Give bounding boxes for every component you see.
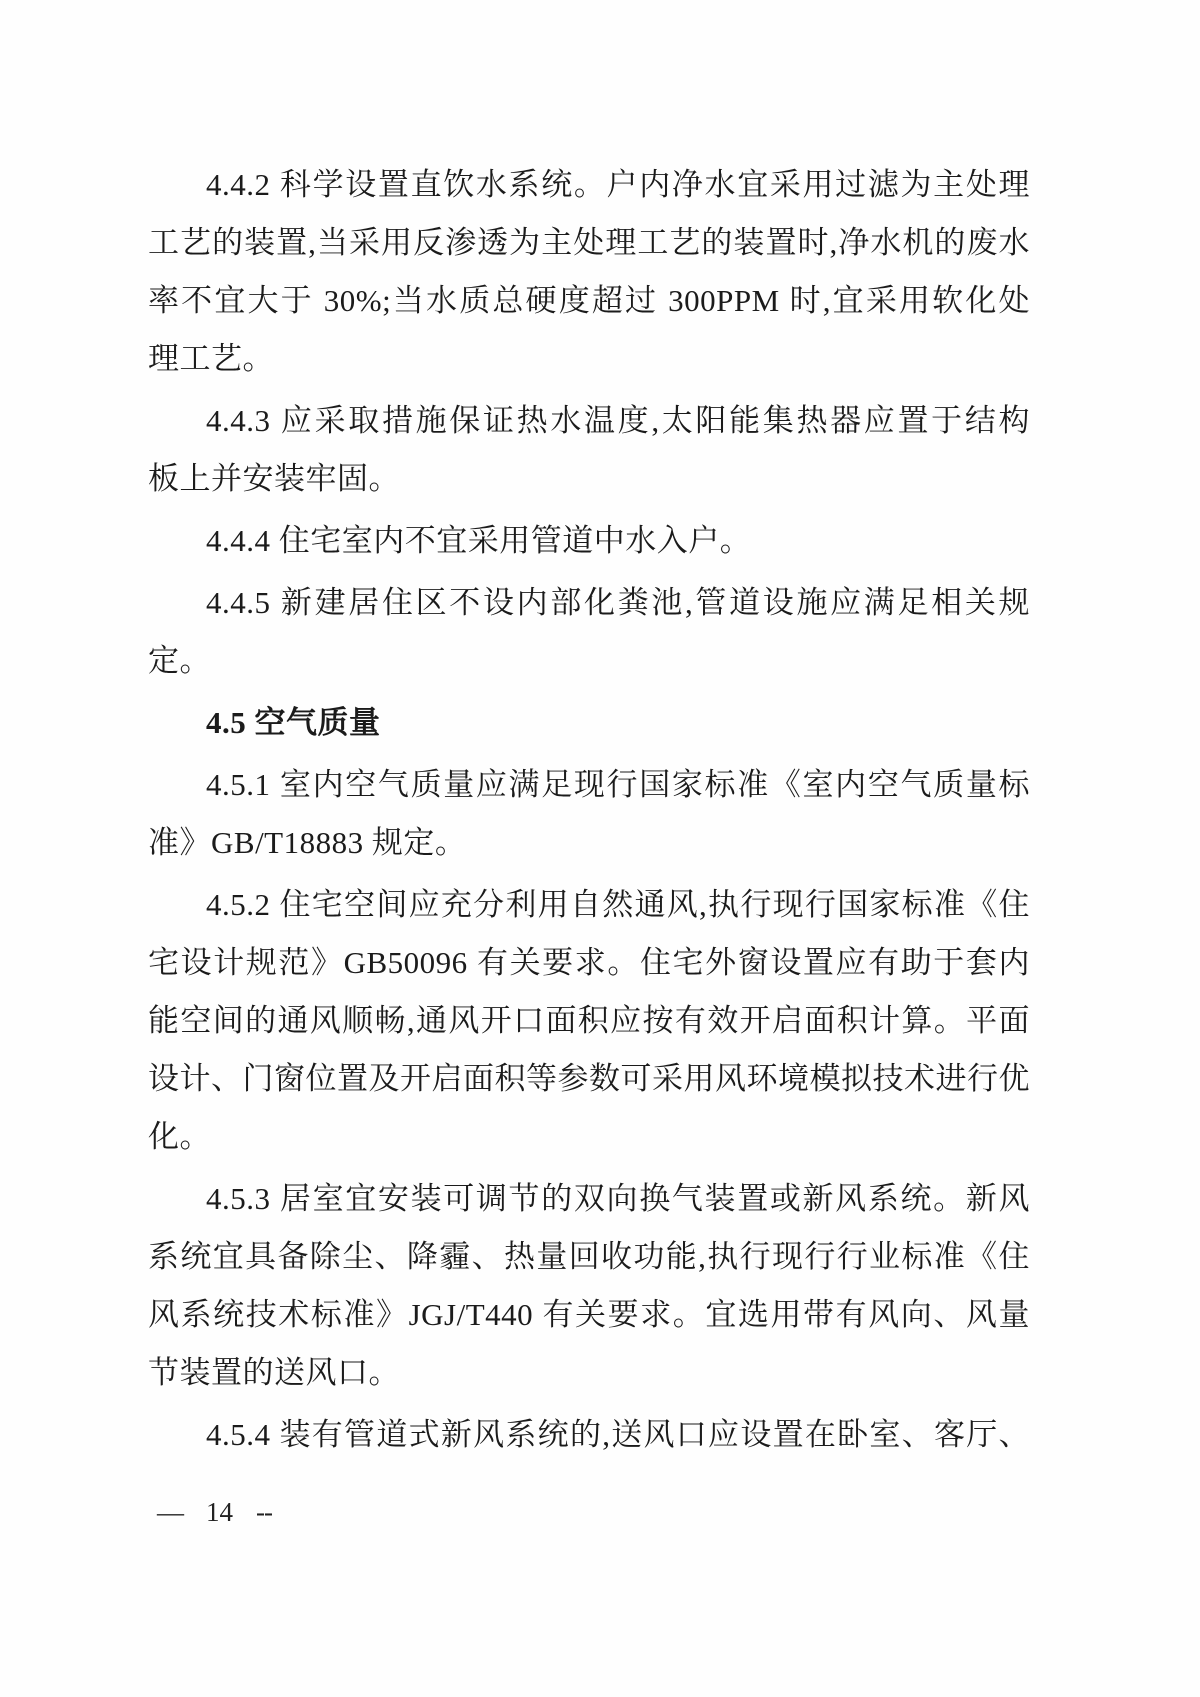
text-line: 4.5 空气质量 [148, 694, 1030, 752]
paragraph-4.4.5: 4.4.5 新建居住区不设内部化粪池,管道设施应满足相关规定。 [148, 574, 1030, 690]
text-line: 4.4.2 科学设置直饮水系统。户内净水宜采用过滤为主处理 [148, 156, 1030, 214]
paragraph-4.4.3: 4.4.3 应采取措施保证热水温度,太阳能集热器应置于结构板上并安装牢固。 [148, 392, 1030, 508]
text-line: 率不宜大于 30%;当水质总硬度超过 300PPM 时,宜采用软化处 [148, 272, 1030, 330]
paragraph-4.5.2: 4.5.2 住宅空间应充分利用自然通风,执行现行国家标准《住宅设计规范》GB50… [148, 876, 1030, 1166]
text-line: 化。 [148, 1108, 1030, 1166]
text-line: 设计、门窗位置及开启面积等参数可采用风环境模拟技术进行优 [148, 1050, 1030, 1108]
footer-page-number: 14 [206, 1497, 233, 1528]
text-line: 4.4.5 新建居住区不设内部化粪池,管道设施应满足相关规 [148, 574, 1030, 632]
text-line: 宅设计规范》GB50096 有关要求。住宅外窗设置应有助于套内功 [148, 934, 1030, 992]
text-line: 4.5.2 住宅空间应充分利用自然通风,执行现行国家标准《住 [148, 876, 1030, 934]
footer-dash-left: — [157, 1497, 183, 1528]
text-line: 定。 [148, 632, 1030, 690]
paragraph-4.4.2: 4.4.2 科学设置直饮水系统。户内净水宜采用过滤为主处理工艺的装置,当采用反渗… [148, 156, 1030, 388]
text-line: 4.4.3 应采取措施保证热水温度,太阳能集热器应置于结构 [148, 392, 1030, 450]
paragraph-4.4.4: 4.4.4 住宅室内不宜采用管道中水入户。 [148, 512, 1030, 570]
text-line: 4.4.4 住宅室内不宜采用管道中水入户。 [148, 512, 1030, 570]
text-line: 4.5.4 装有管道式新风系统的,送风口应设置在卧室、客厅、 [148, 1406, 1030, 1464]
text-line: 风系统技术标准》JGJ/T440 有关要求。宜选用带有风向、风量调 [148, 1286, 1030, 1344]
page-footer: — 14 -- [157, 1492, 272, 1532]
text-line: 能空间的通风顺畅,通风开口面积应按有效开启面积计算。平面 [148, 992, 1030, 1050]
document-page: 4.4.2 科学设置直饮水系统。户内净水宜采用过滤为主处理工艺的装置,当采用反渗… [0, 0, 1200, 1697]
text-line: 4.5.1 室内空气质量应满足现行国家标准《室内空气质量标 [148, 756, 1030, 814]
text-line: 准》GB/T18883 规定。 [148, 814, 1030, 872]
text-line: 节装置的送风口。 [148, 1344, 1030, 1402]
paragraph-4.5.3: 4.5.3 居室宜安装可调节的双向换气装置或新风系统。新风系统宜具备除尘、降霾、… [148, 1170, 1030, 1402]
text-line: 系统宜具备除尘、降霾、热量回收功能,执行现行行业标准《住宅新 [148, 1228, 1030, 1286]
footer-dash-right: -- [256, 1497, 272, 1528]
text-line: 板上并安装牢固。 [148, 450, 1030, 508]
paragraph-4.5.1: 4.5.1 室内空气质量应满足现行国家标准《室内空气质量标准》GB/T18883… [148, 756, 1030, 872]
text-line: 工艺的装置,当采用反渗透为主处理工艺的装置时,净水机的废水 [148, 214, 1030, 272]
document-body: 4.4.2 科学设置直饮水系统。户内净水宜采用过滤为主处理工艺的装置,当采用反渗… [148, 156, 1030, 1464]
heading-4.5: 4.5 空气质量 [148, 694, 1030, 752]
paragraph-4.5.4: 4.5.4 装有管道式新风系统的,送风口应设置在卧室、客厅、 [148, 1406, 1030, 1464]
text-line: 理工艺。 [148, 330, 1030, 388]
text-line: 4.5.3 居室宜安装可调节的双向换气装置或新风系统。新风 [148, 1170, 1030, 1228]
